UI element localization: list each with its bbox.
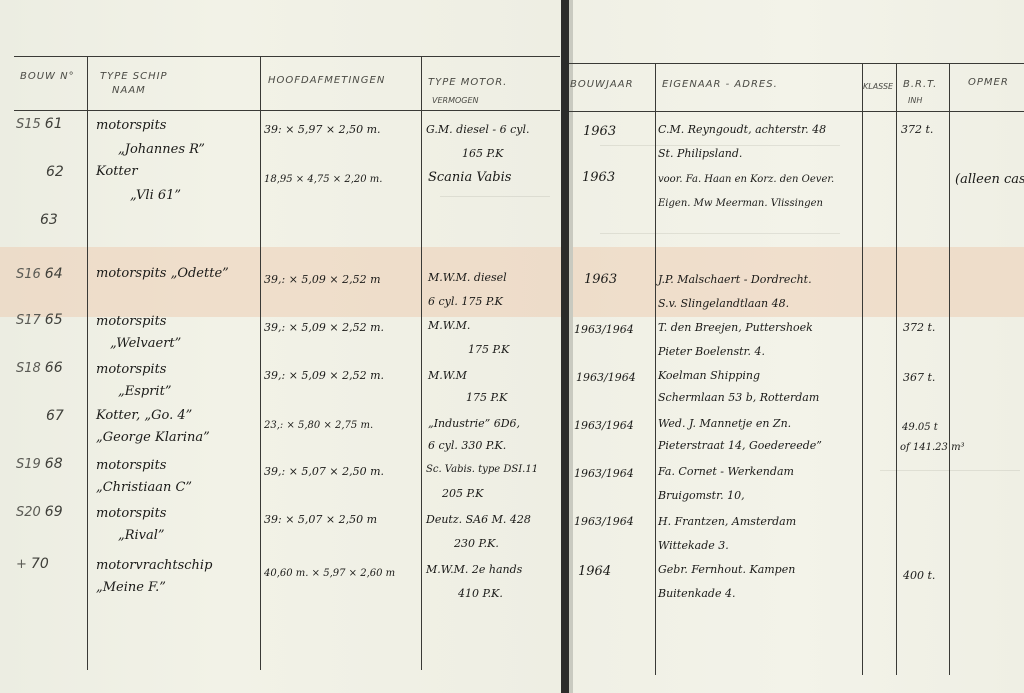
motor-type: G.M. diesel - 6 cyl. (426, 120, 530, 140)
owner: H. Frantzen, Amsterdam (658, 512, 796, 532)
ship-name: „Esprit” (118, 382, 171, 402)
ship-name: „Christiaan C” (96, 478, 192, 498)
owner: Gebr. Fernhout. Kampen (658, 560, 795, 580)
dimensions: 23,: × 5,80 × 2,75 m. (264, 416, 373, 436)
right-page (568, 0, 1024, 693)
build-year: 1963/1964 (576, 368, 636, 388)
gross-tonnage: 372 t. (903, 318, 935, 338)
dimensions: 39,: × 5,09 × 2,52 m. (264, 366, 384, 386)
owner-address: Bruigomstr. 10, (658, 486, 745, 506)
owner: Wed. J. Mannetje en Zn. (658, 414, 791, 434)
header-type-motor: Type motor. (428, 76, 507, 90)
owner: Fa. Cornet - Werkendam (658, 462, 794, 482)
owner-address: S.v. Slingelandtlaan 48. (658, 294, 789, 314)
bouw-nr: 67 (46, 408, 64, 424)
header-bouw-nr: Bouw N° (20, 70, 75, 84)
owner: T. den Breejen, Puttershoek (658, 318, 813, 338)
build-year: 1963/1964 (574, 464, 634, 484)
build-year: 1963/1964 (574, 416, 634, 436)
build-year: 1963/1964 (574, 512, 634, 532)
owner: Koelman Shipping (658, 366, 760, 386)
motor-type: „Industrie” 6D6, (428, 414, 520, 434)
motor-power: 205 P.K (442, 484, 483, 504)
ship-type: motorspits (96, 456, 166, 476)
header-bottom-rule (14, 110, 560, 111)
ship-type: Kotter (96, 162, 138, 182)
header-bottom-rule-right (569, 111, 1024, 112)
motor-type: M.W.M. 2e hands (426, 560, 522, 580)
ship-type: motorvrachtschip (96, 556, 212, 576)
ship-name: „George Klarina” (96, 428, 210, 448)
motor-type: M.W.M (428, 366, 467, 386)
dimensions: 18,95 × 4,75 × 2,20 m. (264, 170, 382, 190)
bouw-nr: 62 (46, 164, 64, 180)
bouw-nr: S1968 (16, 456, 63, 472)
ship-name: „Welvaert” (110, 334, 181, 354)
build-year: 1963 (582, 168, 615, 188)
owner-address: St. Philipsland. (658, 144, 742, 164)
motor-power: 165 P.K (462, 144, 503, 164)
ship-type: motorspits (96, 504, 166, 524)
build-year: 1963 (584, 270, 617, 290)
ship-type: Kotter, „Go. 4” (96, 406, 192, 426)
motor-type: Sc. Vabis. type DSI.11 (426, 460, 538, 480)
motor-type: Deutz. SA6 M. 428 (426, 510, 531, 530)
header-klasse: Klasse (863, 80, 893, 94)
gross-tonnage: 372 t. (901, 120, 933, 140)
motor-power: 6 cyl. 175 P.K (428, 292, 503, 312)
owner-address: Pieter Boelenstr. 4. (658, 342, 765, 362)
motor-type: Scania Vabis (428, 168, 511, 188)
motor-power: 410 P.K. (458, 584, 503, 604)
gross-tonnage: 367 t. (903, 368, 935, 388)
bouw-nr: S1866 (16, 360, 63, 376)
motor-power: 175 P.K (468, 340, 509, 360)
ship-type: motorspits (96, 312, 166, 332)
ship-name: „Johannes R” (118, 140, 205, 160)
book-spine (561, 0, 569, 693)
motor-power: 230 P.K. (454, 534, 499, 554)
header-vermogen: vermogen (432, 94, 479, 108)
bouw-nr: S1561 (16, 116, 63, 132)
ship-type: motorspits „Odette” (96, 264, 229, 284)
motor-power: 6 cyl. 330 P.K. (428, 436, 506, 456)
motor-power: 175 P.K (466, 388, 507, 408)
gross-tonnage: 400 t. (903, 566, 935, 586)
header-top-rule (14, 56, 560, 57)
dimensions: 39: × 5,07 × 2,50 m (264, 510, 377, 530)
ship-name: „Meine F.” (96, 578, 166, 598)
owner-address: Eigen. Mw Meerman. Vlissingen (658, 194, 823, 214)
header-type-schip: Type schip (100, 70, 168, 84)
header-bouwjaar: Bouwjaar (570, 78, 634, 92)
build-year: 1963/1964 (574, 320, 634, 340)
owner: J.P. Malschaert - Dordrecht. (658, 270, 812, 290)
dimensions: 39: × 5,97 × 2,50 m. (264, 120, 381, 140)
header-inh: inh (908, 94, 922, 108)
header-naam: naam (112, 84, 146, 98)
ship-type: motorspits (96, 360, 166, 380)
bouw-nr: 63 (40, 212, 58, 228)
owner: C.M. Reyngoudt, achterstr. 48 (658, 120, 826, 140)
owner-address: Wittekade 3. (658, 536, 729, 556)
dimensions: 40,60 m. × 5,97 × 2,60 m (264, 564, 395, 584)
ship-name: „Rival” (118, 526, 165, 546)
dimensions: 39,: × 5,07 × 2,50 m. (264, 462, 384, 482)
bouw-nr: S1765 (16, 312, 63, 328)
motor-type: M.W.M. (428, 316, 470, 336)
motor-type: M.W.M. diesel (428, 268, 507, 288)
header-top-rule-right (569, 63, 1024, 64)
bouw-nr: +70 (16, 556, 49, 572)
owner-address: Buitenkade 4. (658, 584, 735, 604)
ship-name: „Vli 61” (130, 186, 181, 206)
remarks: (alleen cas (955, 170, 1024, 190)
bouw-nr: S2069 (16, 504, 63, 520)
build-year: 1964 (578, 562, 611, 582)
header-brt: B.R.T. (903, 78, 937, 92)
owner-address: Pieterstraat 14, Goedereede” (658, 436, 822, 456)
header-opmerkingen: Opmer (968, 76, 1009, 90)
dimensions: 39,: × 5,09 × 2,52 m (264, 270, 381, 290)
build-year: 1963 (583, 122, 616, 142)
gross-tonnage: 49.05 t (902, 418, 938, 438)
ship-type: motorspits (96, 116, 166, 136)
owner: voor. Fa. Haan en Korz. den Oever. (658, 170, 834, 190)
header-hoofdafmetingen: Hoofdafmetingen (268, 74, 385, 88)
owner-address: Schermlaan 53 b, Rotterdam (658, 388, 819, 408)
dimensions: 39,: × 5,09 × 2,52 m. (264, 318, 384, 338)
header-eigenaar-adres: Eigenaar - Adres. (662, 78, 778, 92)
gross-volume: of 141.23 m³ (900, 438, 965, 458)
bouw-nr: S1664 (16, 266, 63, 282)
